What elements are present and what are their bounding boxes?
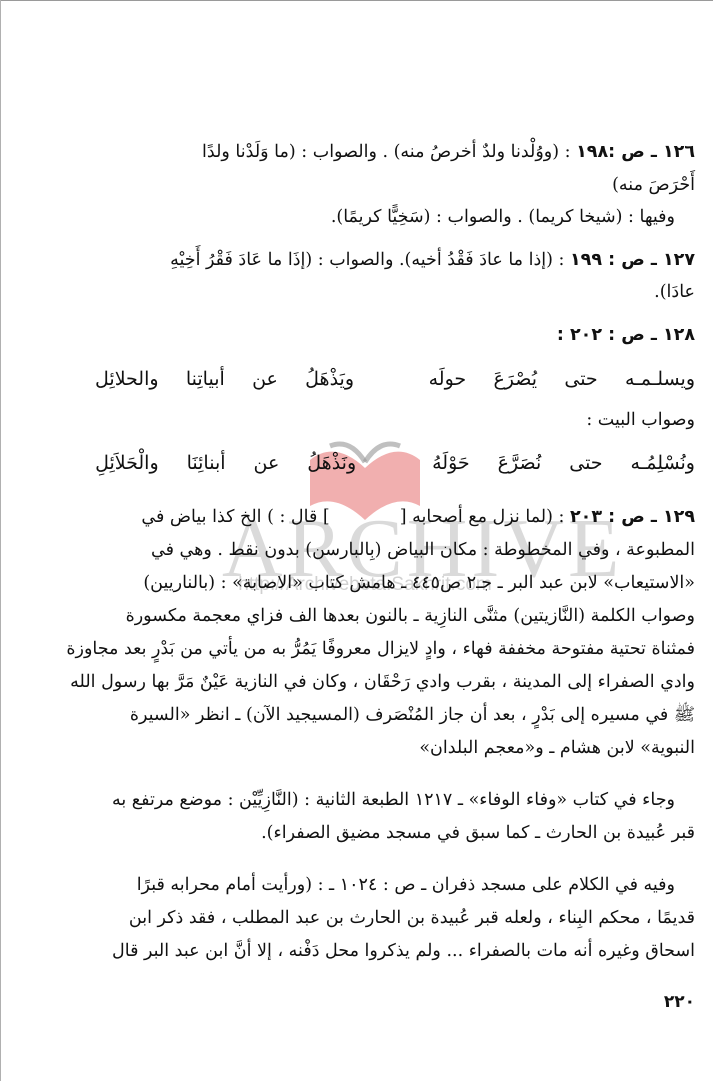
entry-number: ١٢٦ ـ ص :١٩٨ [576,142,695,162]
entry-127-line-2: عادَا). [95,275,695,309]
verse-original: ويسلـمـه حتى يُصْرَعَ حولَه ويَذْهَلُ عن… [95,362,695,396]
entry-126-line-2: أَحْرَصَ منه) [95,168,695,202]
verse-word: والْحَلاَئِلِ [95,446,159,480]
entry-129-line: ﷺ في مسيره إلى بَدْرٍ ، بعد أن جاز المُن… [95,698,695,732]
verse-word: حَوْلَهُ [432,446,470,480]
dhafran-paragraph-line: اسحاق وغيره أنه مات بالصفراء ... ولم يذك… [95,934,695,968]
verse-correction-label: وصواب البيت : [95,403,695,437]
entry-text: : (إذا ما عادَ فَقْدُ أخيه). والصواب : (… [170,250,570,270]
verse-word: حتى [569,446,602,480]
entry-number: ١٢٩ ـ ص : ٢٠٣ [570,507,695,527]
verse-word: أبنائِنَا [187,446,226,480]
entry-129-line: فمثناة تحتية مفتوحة مخففة فهاء ، وادٍ لا… [95,632,695,666]
dhafran-paragraph-line: قديمًا ، محكم البِناء ، ولعله قبر عُبيدة… [95,901,695,935]
verse-word: ويَذْهَلُ [305,362,354,396]
verse-word: حتى [564,362,597,396]
entry-text: ] قال : ) الخ كذا بياض في [141,507,329,527]
entry-text: : (ووُلْدنا ولدٌ أخرصُ منه) . والصواب : … [202,142,576,162]
entry-number: ١٢٧ ـ ص : ١٩٩ [570,250,695,270]
entry-128-heading: ١٢٨ ـ ص : ٢٠٢ : [95,318,695,352]
wafa-paragraph-line: قبر عُبيدة بن الحارث ـ كما سبق في مسجد م… [95,816,695,850]
verse-word: ويسلـمـه [625,362,695,396]
verse-corrected: ونُسْلِمُـه حتى نُصَرَّعَ حَوْلَهُ ونَذْ… [95,446,695,480]
document-page: ١٢٦ ـ ص :١٩٨ : (ووُلْدنا ولدٌ أخرصُ منه)… [95,0,695,1081]
entry-129-line: وصواب الكلمة (النَّازيتين) مثنَّى النازِ… [95,599,695,633]
page-number: ٢٢٠ [95,985,695,1019]
verse-word: حولَه [429,362,467,396]
entry-129-line: المطبوعة ، وفي المخطوطة : مكان البياض (ب… [95,533,695,567]
verse-word: ونُسْلِمُـه [631,446,695,480]
verse-word: يُصْرَعَ [493,362,537,396]
verse-word: عن [252,362,278,396]
dhafran-paragraph-line: وفيه في الكلام على مسجد ذفران ـ ص : ١٠٢٤… [95,868,675,902]
entry-126-line-1: ١٢٦ ـ ص :١٩٨ : (ووُلْدنا ولدٌ أخرصُ منه)… [95,135,695,169]
entry-129-line-1: ١٢٩ ـ ص : ٢٠٣ : (لما نزل مع أصحابه [] قا… [95,500,695,534]
verse-word: عن [254,446,280,480]
page-border-left [0,0,1,1081]
verse-word: والحلائِل [95,362,159,396]
entry-129-line: وادي الصفراء إلى المدينة ، بقرب وادي رَح… [95,665,695,699]
verse-word: أبياتِنا [186,362,225,396]
verse-word: نُصَرَّعَ [498,446,542,480]
entry-127-line-1: ١٢٧ ـ ص : ١٩٩ : (إذا ما عادَ فَقْدُ أخيه… [95,243,695,277]
wafa-paragraph-line: وجاء في كتاب «وفاء الوفاء» ـ ١٢١٧ الطبعة… [95,783,675,817]
entry-text: : (لما نزل مع أصحابه [ [400,507,570,527]
verse-word: ونَذْهَلُ [307,446,356,480]
entry-126-sub: وفيها : (شيخا كريما) . والصواب : (سَخِيً… [95,200,675,234]
entry-129-line: «الاستيعاب» لابن عبد البر ـ جـ٢ ص٤٤٥ ـ ه… [95,566,695,600]
entry-129-line: النبوية» لابن هشام ـ و«معجم البلدان» [95,731,695,765]
